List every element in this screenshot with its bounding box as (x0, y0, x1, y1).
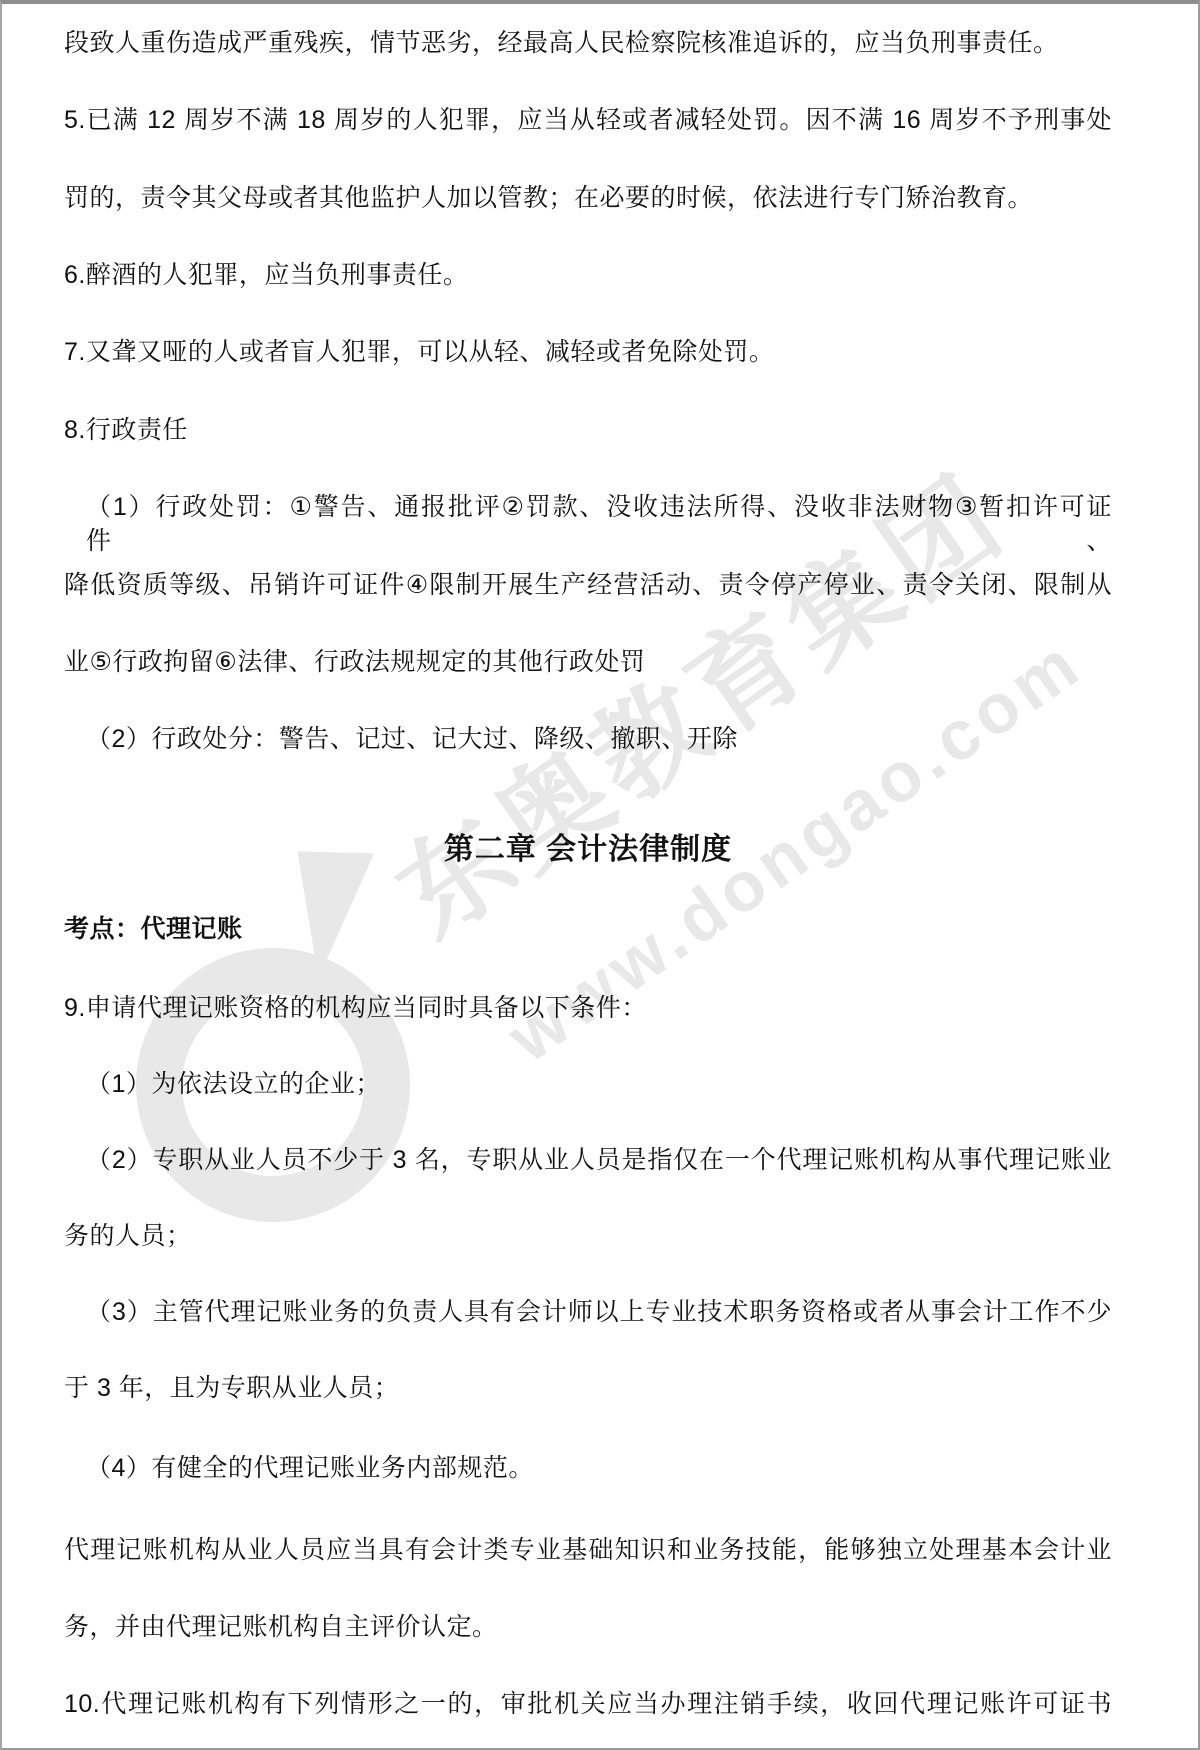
keypoint-label: 考点：代理记账 (64, 912, 1112, 946)
text-line: 于 3 年，且为专职从业人员； (64, 1371, 1112, 1405)
text-line: 降低资质等级、吊销许可证件④限制开展生产经营活动、责令停产停业、责令关闭、限制从 (64, 568, 1112, 602)
text-line: （1）行政处罚：①警告、通报批评②罚款、没收违法所得、没收非法财物③暂扣许可证件… (86, 490, 1112, 558)
text-line: 段致人重伤造成严重残疾，情节恶劣，经最高人民检察院核准追诉的，应当负刑事责任。 (64, 26, 1112, 60)
text-line: 务，并由代理记账机构自主评价认定。 (64, 1610, 1112, 1644)
text-line: 9.申请代理记账资格的机构应当同时具备以下条件： (64, 991, 1112, 1025)
text-line: 5.已满 12 周岁不满 18 周岁的人犯罪，应当从轻或者减轻处罚。因不满 16… (64, 103, 1112, 137)
text-line: （2）行政处分：警告、记过、记大过、降级、撤职、开除 (86, 722, 1112, 756)
text-line: 业⑤行政拘留⑥法律、行政法规规定的其他行政处罚 (64, 645, 1112, 679)
chapter-heading: 第二章 会计法律制度 (64, 829, 1112, 871)
text-line: 6.醉酒的人犯罪，应当负刑事责任。 (64, 258, 1112, 292)
text-line: （3）主管代理记账业务的负责人具有会计师以上专业技术职务资格或者从事会计工作不少 (86, 1295, 1112, 1329)
text-line: （1）为依法设立的企业； (86, 1067, 1112, 1101)
text-line: 10.代理记账机构有下列情形之一的，审批机关应当办理注销手续，收回代理记账许可证… (64, 1687, 1112, 1721)
text-line: 8.行政责任 (64, 413, 1112, 447)
document-page: 东奥教育集团 www.dongao.com 段致人重伤造成严重残疾，情节恶劣，经… (0, 0, 1200, 1750)
document-body: 段致人重伤造成严重残疾，情节恶劣，经最高人民检察院核准追诉的，应当负刑事责任。5… (2, 4, 1198, 1748)
text-line: （4）有健全的代理记账业务内部规范。 (86, 1451, 1112, 1485)
text-line: （2）专职从业人员不少于 3 名，专职从业人员是指仅在一个代理记账机构从事代理记… (86, 1143, 1112, 1177)
text-line: 代理记账机构从业人员应当具有会计类专业基础知识和业务技能，能够独立处理基本会计业 (64, 1533, 1112, 1567)
text-line: 务的人员； (64, 1219, 1112, 1253)
text-line: 7.又聋又哑的人或者盲人犯罪，可以从轻、减轻或者免除处罚。 (64, 335, 1112, 369)
text-line: 罚的，责令其父母或者其他监护人加以管教；在必要的时候，依法进行专门矫治教育。 (64, 181, 1112, 215)
